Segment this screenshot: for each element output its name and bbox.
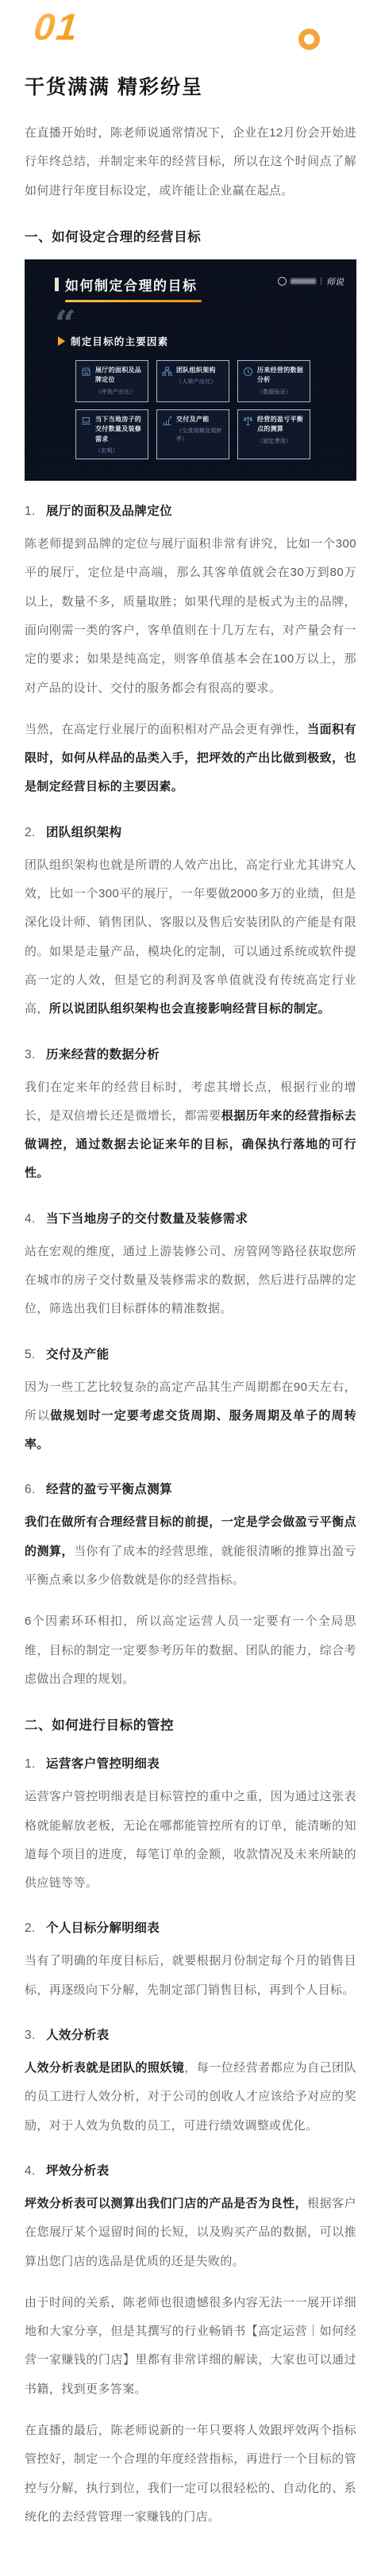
factor-card: 历来经营的数据分析 （数据验证）	[237, 360, 310, 402]
sub-heading: 2.团队组织架构	[25, 823, 356, 840]
paragraph: 陈老师提到品牌的定位与展厅面积非常有讲究，比如一个300平的展厅，定位是中高端，…	[25, 530, 356, 703]
sub-heading: 1.展厅的面积及品牌定位	[25, 501, 356, 519]
factor-card-title: 展厅的面积及品牌定位	[95, 366, 143, 386]
factor-card-note: （数据验证）	[257, 388, 305, 396]
paragraph: 在直播开始时，陈老师说通常情况下，企业在12月份会开始进行年终总结，并制定来年的…	[25, 119, 356, 205]
sub-heading-number: 6.	[25, 1483, 46, 1497]
slide-tagline: 制定目标的主要因素	[71, 334, 168, 348]
section-heading: 二、如何进行目标的管控	[25, 1714, 356, 1733]
factor-card: 交付及产能 （交货周期及周转率）	[156, 409, 229, 459]
factor-card-title: 历来经营的数据分析	[257, 366, 305, 386]
paragraph-bold-text: 坪效分析表可以测算出我们门店的产品是否为良性，	[25, 2197, 307, 2210]
sub-heading: 5.交付及产能	[25, 1345, 356, 1362]
sub-heading-title: 经营的盈亏平衡点测算	[46, 1483, 172, 1496]
slide-image[interactable]: 如何制定合理的目标 | 师说 “ 制定目标的主要因素	[25, 259, 356, 481]
paragraph-bold-text: 所以说团队组织架构也会直接影响经营目标的制定。	[49, 1002, 330, 1015]
play-triangle-icon	[58, 336, 65, 346]
hero-decoration: 01	[25, 0, 356, 60]
paragraph-text: 由于时间的关系，陈老师也很遗憾很多内容无法一一展开详细地和大家分享，但是其撰写的…	[25, 2296, 356, 2396]
title-accent-bar	[55, 278, 59, 291]
laptop-icon	[81, 416, 91, 455]
slide-header: 如何制定合理的目标 | 师说	[37, 274, 344, 302]
sub-heading: 2.个人目标分解明细表	[25, 1918, 356, 1936]
paragraph-text: 当有了明确的年度目标后，就要根据月份制定每个月的销售目标，再逐级向下分解，先制定…	[25, 1954, 356, 1996]
quote-mark-icon: “	[55, 314, 344, 330]
balance-scale-icon	[243, 416, 253, 455]
article-body: 1.展厅的面积及品牌定位陈老师提到品牌的定位与展厅面积非常有讲究，比如一个300…	[25, 501, 356, 2532]
paragraph: 在直播的最后，陈老师说新的一年只要将人效跟坪效两个指标管控好，制定一个合理的年度…	[25, 2417, 356, 2532]
paragraph-text: 站在宏观的维度，通过上游装修公司、房管网等路径获取您所在城市的房子交付数量及装修…	[25, 1245, 356, 1316]
sub-heading-title: 人效分析表	[46, 2029, 110, 2042]
page-title: 干货满满 精彩纷呈	[25, 71, 356, 100]
paragraph: 由于时间的关系，陈老师也很遗憾很多内容无法一一展开详细地和大家分享，但是其撰写的…	[25, 2289, 356, 2404]
factor-card: 当下当地房子的交付数量及装修需求 （宏观）	[75, 409, 148, 459]
factor-card: 经营的盈亏平衡点的测算 （固定费用）	[237, 409, 310, 459]
paragraph-text: 当然，在高定行业展厅的面积相对产品会更有弹性，	[25, 723, 307, 736]
brand-lockup: | 师说	[278, 275, 344, 288]
sub-heading-title: 个人目标分解明细表	[46, 1921, 160, 1935]
sub-heading: 4.当下当地房子的交付数量及装修需求	[25, 1209, 356, 1227]
sub-heading-number: 4.	[25, 2164, 46, 2179]
factor-card-note: （交货周期及周转率）	[176, 427, 224, 443]
paragraph: 团队组织架构也就是所谓的人效产出比，高定行业尤其讲究人效，比如一个300平的展厅…	[25, 851, 356, 1024]
section-heading: 一、如何设定合理的经营目标	[25, 226, 356, 245]
sub-heading-title: 展厅的面积及品牌定位	[46, 505, 172, 518]
article-page: 01 干货满满 精彩纷呈 在直播开始时，陈老师说通常情况下，企业在12月份会开始…	[0, 0, 381, 2576]
sub-heading-number: 5.	[25, 1348, 46, 1362]
sub-heading: 6.经营的盈亏平衡点测算	[25, 1480, 356, 1497]
org-chart-icon	[162, 367, 172, 397]
brand-wordmark	[291, 278, 316, 284]
sub-heading: 4.坪效分析表	[25, 2161, 356, 2179]
paragraph: 人效分析表就是团队的照妖镜，每一位经营者都应为自己团队的员工进行人效分析，对于公…	[25, 2054, 356, 2140]
sub-heading-title: 当下当地房子的交付数量及装修需求	[46, 1212, 248, 1226]
paragraph: 当然，在高定行业展厅的面积相对产品会更有弹性，当面积有限时，如何从样品的品类入手…	[25, 716, 356, 802]
clock-history-icon	[243, 367, 253, 397]
paragraph-text: 运营客户管控明细表是目标管控的重中之重，因为通过这张表格就能解放老板，无论在哪都…	[25, 1790, 356, 1890]
paragraph: 当有了明确的年度目标后，就要根据月份制定每个月的销售目标，再逐级向下分解，先制定…	[25, 1947, 356, 2005]
paragraph: 我们在做所有合理经营目标的前提，一定是学会做盈亏平衡点的测算，当你有了成本的经营…	[25, 1508, 356, 1595]
factor-card-title: 当下当地房子的交付数量及装修需求	[95, 415, 143, 444]
factor-card-title: 交付及产能	[176, 415, 224, 424]
paragraph: 运营客户管控明细表是目标管控的重中之重，因为通过这张表格就能解放老板，无论在哪都…	[25, 1783, 356, 1898]
brand-divider: |	[320, 277, 322, 286]
paragraph-text: 陈老师提到品牌的定位与展厅面积非常有讲究，比如一个300平的展厅，定位是中高端，…	[25, 537, 356, 694]
slide-title-block: 如何制定合理的目标	[55, 274, 202, 302]
factor-card-title: 经营的盈亏平衡点的测算	[257, 415, 305, 435]
article-intro: 在直播开始时，陈老师说通常情况下，企业在12月份会开始进行年终总结，并制定来年的…	[25, 119, 356, 245]
sub-heading-number: 1.	[25, 505, 46, 519]
factor-cards-grid: 展厅的面积及品牌定位 （坪效产出比） 团队组织架构 （人效产出比）	[75, 360, 310, 459]
slide-title: 如何制定合理的目标	[65, 274, 198, 294]
sub-heading-title: 运营客户管控明细表	[46, 1757, 160, 1771]
sub-heading: 3.人效分析表	[25, 2025, 356, 2043]
paragraph: 坪效分析表可以测算出我们门店的产品是否为良性，根据客户在您展厅某个逗留时间的长短…	[25, 2190, 356, 2276]
factor-card-note: （人效产出比）	[176, 378, 216, 386]
sub-heading-title: 团队组织架构	[46, 826, 121, 839]
title-underline	[65, 300, 202, 302]
brand-logo-icon	[278, 277, 287, 286]
paragraph: 因为一些工艺比较复杂的高定产品其生产周期都在90天左右，所以做规划时一定要考虑交…	[25, 1373, 356, 1460]
slide-tagline-row: 制定目标的主要因素	[58, 334, 344, 348]
paragraph-text: 6个因素环环相扣，所以高定运营人员一定要有一个全局思维，目标的制定一定要参考历年…	[25, 1614, 356, 1686]
sub-heading-number: 2.	[25, 1921, 46, 1936]
paragraph-bold-text: 做规划时一定要考虑交货周期、服务周期及单子的周转率。	[25, 1409, 356, 1451]
paragraph: 6个因素环环相扣，所以高定运营人员一定要有一个全局思维，目标的制定一定要参考历年…	[25, 1607, 356, 1694]
sub-heading-number: 2.	[25, 826, 46, 840]
sub-heading-title: 历来经营的数据分析	[46, 1048, 160, 1061]
sub-heading-number: 3.	[25, 1048, 46, 1062]
sub-heading-title: 交付及产能	[46, 1348, 110, 1361]
factor-card: 团队组织架构 （人效产出比）	[156, 360, 229, 402]
sub-heading-number: 4.	[25, 1212, 46, 1227]
orange-ring-icon	[298, 29, 320, 50]
factor-card: 展厅的面积及品牌定位 （坪效产出比）	[75, 360, 148, 402]
sub-heading-title: 坪效分析表	[46, 2164, 110, 2178]
sub-heading-number: 1.	[25, 1757, 46, 1772]
paragraph: 我们在定来年的经营目标时，考虑其增长点，根据行业的增长，是双倍增长还是微增长，都…	[25, 1073, 356, 1188]
paragraph: 站在宏观的维度，通过上游装修公司、房管网等路径获取您所在城市的房子交付数量及装修…	[25, 1238, 356, 1324]
paragraph-text: 当你有了成本的经营思维，就能很清晰的推算出盈亏平衡点乘以多少倍数就是你的经营指标…	[25, 1545, 356, 1587]
section-number-graphic: 01	[33, 8, 81, 45]
growth-chart-icon	[162, 416, 172, 455]
sub-heading: 3.历来经营的数据分析	[25, 1045, 356, 1062]
storefront-icon	[81, 367, 91, 397]
paragraph-text: 在直播的最后，陈老师说新的一年只要将人效跟坪效两个指标管控好，制定一个合理的年度…	[25, 2424, 356, 2524]
brand-name: 师说	[326, 275, 344, 288]
factor-card-title: 团队组织架构	[176, 366, 216, 375]
factor-card-note: （固定费用）	[257, 437, 305, 445]
paragraph-bold-text: 人效分析表就是团队的照妖镜	[25, 2061, 184, 2075]
paragraph-text: 在直播开始时，陈老师说通常情况下，企业在12月份会开始进行年终总结，并制定来年的…	[25, 126, 356, 198]
factor-card-note: （宏观）	[95, 447, 143, 455]
factor-card-note: （坪效产出比）	[95, 388, 143, 396]
paragraph-text: 团队组织架构也就是所谓的人效产出比，高定行业尤其讲究人效，比如一个300平的展厅…	[25, 858, 356, 1015]
sub-heading: 1.运营客户管控明细表	[25, 1754, 356, 1772]
sub-heading-number: 3.	[25, 2029, 46, 2043]
